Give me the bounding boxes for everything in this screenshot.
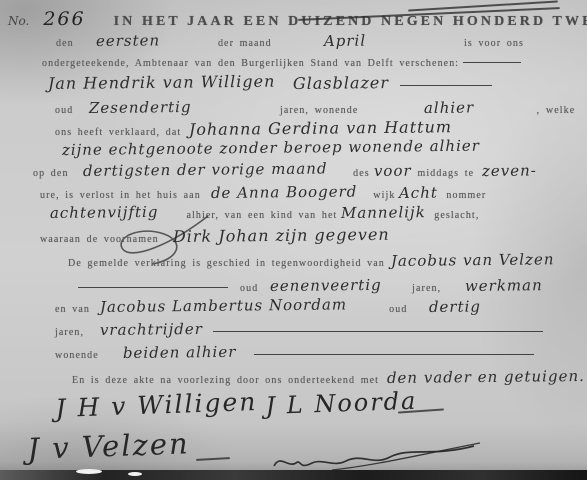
act-number-label: No.	[8, 14, 29, 28]
mother-line-2: zijne echtgenoote zonder beroep wonende …	[62, 141, 480, 159]
printed-oud: oud	[55, 105, 73, 116]
printed-jaren-3: jaren,	[55, 327, 84, 338]
pen-stroke	[254, 353, 534, 355]
mother-line: ons heeft verklaard, dat Johanna Gerdina…	[55, 120, 452, 139]
witness1-occupation-field: werkman	[465, 276, 543, 295]
witness2-line: en van Jacobus Lambertus Noordam oud der…	[55, 298, 482, 316]
witness2-name-field: Jacobus Lambertus Noordam	[100, 295, 347, 316]
pen-stroke	[196, 457, 230, 461]
witness1-name-field: Jacobus van Velzen	[391, 250, 555, 270]
printed-oud-2: oud	[240, 283, 258, 294]
printed-official: ondergeteekende, Ambtenaar van den Burge…	[42, 58, 459, 69]
father-occupation-field: Glasblazer	[293, 73, 389, 93]
printed-den: den	[56, 38, 74, 49]
printed-des: des	[353, 168, 370, 179]
date-line: den eersten der maand April is voor ons	[56, 32, 524, 50]
printed-welke: , welke	[537, 105, 576, 116]
printed-geslacht: geslacht,	[434, 210, 479, 221]
witness2-line-b: jaren, vrachtrijder	[55, 321, 543, 339]
father-name-field: Jan Hendrik van Willigen	[48, 72, 276, 93]
closing-hw-field: den vader en getuigen.	[387, 367, 585, 387]
printed-middags-te: middags te	[418, 168, 475, 179]
age-line: oud Zesendertig jaren, wonende alhier , …	[55, 99, 575, 117]
signature-father: J H v Willigen	[55, 387, 258, 423]
printed-gemelde-verklaring: De gemelde verklaring is geschied in teg…	[68, 258, 385, 269]
printed-ure-verlost: ure, is verlost in het huis aan	[40, 190, 201, 201]
birth-day-field: dertigsten der vorige maand	[82, 159, 327, 180]
day-field: eersten	[96, 31, 160, 50]
paper-speck	[128, 472, 142, 476]
witness2-occupation-field: vrachtrijder	[100, 320, 203, 339]
paper-speck	[76, 469, 102, 474]
witness1-line: De gemelde verklaring is geschied in teg…	[68, 252, 554, 270]
printed-wijk: wijk	[373, 190, 395, 201]
printed-der-maand: der maand	[218, 38, 272, 49]
printed-op-den: op den	[33, 168, 69, 179]
printed-ons-heeft-verklaard: ons heeft verklaard, dat	[55, 127, 181, 138]
mother-name-field: Johanna Gerdina van Hattum	[189, 117, 452, 139]
printed-waaraan: waaraan de voornamen	[40, 234, 159, 245]
child-names-field: Dirk Johan zijn gegeven	[173, 225, 390, 246]
closing-line: En is deze akte na voorlezing door ons o…	[72, 369, 585, 387]
birth-line: op den dertigsten der vorige maand des v…	[33, 162, 537, 180]
father-age-field: Zesendertig	[89, 98, 192, 117]
witness1-line-b: oud eenenveertig jaren, werkman	[78, 277, 543, 295]
witness1-age-field: eenenveertig	[270, 276, 382, 295]
house-line: ure, is verlost in het huis aan de Anna …	[40, 184, 486, 202]
residence-line: wonende beiden alhier	[55, 344, 534, 362]
printed-jaren-wonende: jaren, wonende	[280, 105, 358, 116]
mother-status-field: zijne echtgenoote zonder beroep wonende …	[62, 137, 480, 159]
gender-field: Mannelijk	[341, 203, 426, 222]
daypart-field: voor	[374, 162, 412, 180]
act-number-value: 266	[43, 8, 85, 30]
pen-stroke	[213, 330, 543, 332]
district-field: Acht	[399, 184, 438, 202]
printed-is-voor-ons: is voor ons	[464, 38, 524, 49]
pen-stroke	[78, 286, 228, 288]
printed-wonende: wonende	[55, 350, 99, 361]
hour-field: zeven-	[482, 161, 537, 180]
printed-closing: En is deze akte na voorlezing door ons o…	[72, 375, 379, 386]
printed-oud-3: oud	[389, 304, 407, 315]
month-field: April	[324, 32, 366, 50]
names-line: waaraan de voornamen Dirk Johan zijn geg…	[40, 227, 390, 246]
official-line: ondergeteekende, Ambtenaar van den Burge…	[42, 58, 521, 69]
pen-stroke	[400, 84, 492, 86]
witness2-age-field: dertig	[429, 297, 481, 316]
father-residence-field: alhier	[424, 98, 474, 117]
declarant-line: Jan Hendrik van Willigen Glasblazer	[48, 74, 492, 93]
signature-witness-velzen: J v Velzen	[27, 426, 190, 466]
scanned-birth-certificate: No. 266 IN HET JAAR EEN DUIZEND NEGEN HO…	[0, 0, 587, 480]
printed-en-van: en van	[55, 304, 90, 315]
printed-nommer: nommer	[446, 190, 486, 201]
signature-witness-noordam: J L Noorda	[265, 387, 418, 420]
witness-residence-field: beiden alhier	[123, 343, 237, 362]
street-field: de Anna Boogerd	[211, 182, 358, 202]
pen-stroke	[463, 61, 521, 63]
printed-jaren-2: jaren,	[412, 283, 441, 294]
